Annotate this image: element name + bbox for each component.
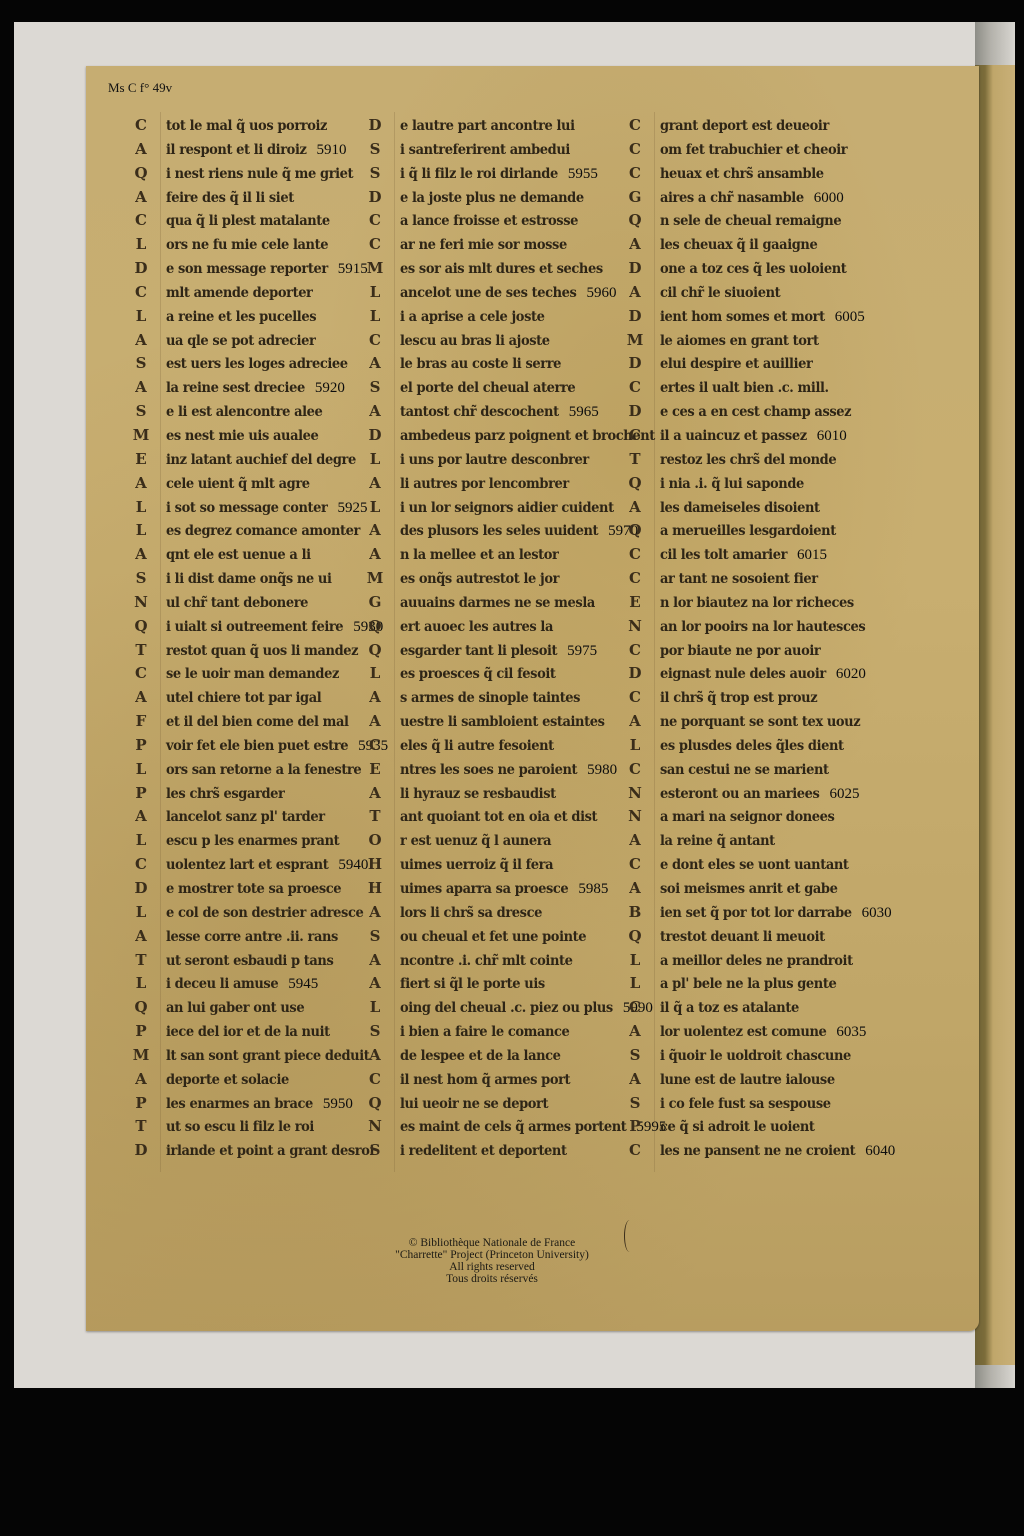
verse-line: Com fet trabuchier et cheoir — [622, 138, 895, 162]
verse-text: lesse corre antre .ii. rans — [154, 925, 338, 950]
verse-text: e la joste plus ne demande — [388, 186, 584, 211]
verse-initial: Q — [362, 639, 388, 663]
verse-line: Li un lor seignors aidier cuident — [362, 496, 666, 520]
verse-initial: C — [362, 209, 388, 233]
verse-line: De ces a en cest champ assez — [622, 400, 895, 424]
verse-initial: C — [622, 162, 648, 186]
verse-line: Ales dameiseles disoient — [622, 496, 895, 520]
verse-line: Alors li chrs̃ sa dresce — [362, 901, 666, 925]
verse-initial: C — [622, 376, 648, 400]
verse-line: Qi nia .i. q̃ lui saponde — [622, 472, 895, 496]
verse-line: Cuolentez lart et esprant5940 — [128, 853, 388, 877]
verse-initial: S — [362, 376, 388, 400]
verse-line: Loing del cheual .c. piez ou plus5990 — [362, 996, 666, 1020]
verse-line: Alancelot sanz pl' tarder — [128, 805, 388, 829]
verse-initial: A — [128, 1068, 154, 1092]
verse-initial: A — [128, 543, 154, 567]
verse-line: Or est uenuz q̃ l aunera — [362, 829, 666, 853]
verse-line: Huimes aparra sa proesce5985 — [362, 877, 666, 901]
verse-line: Autel chiere tot par igal — [128, 686, 388, 710]
verse-line: De mostrer tote sa proesce — [128, 877, 388, 901]
verse-initial: L — [362, 662, 388, 686]
verse-line: Ala reine q̃ antant — [622, 829, 895, 853]
verse-text: ul chr̃ tant debonere — [154, 591, 308, 616]
verse-line: Entres les soes ne paroient5980 — [362, 758, 666, 782]
verse-initial: S — [622, 1044, 648, 1068]
verse-text: es nest mie uis aualee — [154, 424, 318, 449]
credit-line-2: "Charrette" Project (Princeton Universit… — [380, 1249, 604, 1261]
verse-initial: L — [362, 305, 388, 329]
verse-text: la reine q̃ antant — [648, 830, 775, 855]
verse-text: i uns por lautre desconbrer — [388, 448, 589, 473]
verse-initial: P — [128, 1020, 154, 1044]
verse-line: Si santreferirent ambedui — [362, 138, 666, 162]
verse-line: Gauuains darmes ne se mesla — [362, 591, 666, 615]
verse-line: Alor uolentez est comune6035 — [622, 1020, 895, 1044]
verse-initial: A — [622, 281, 648, 305]
verse-initial: L — [362, 448, 388, 472]
verse-initial: N — [622, 805, 648, 829]
line-number: 6015 — [797, 544, 827, 568]
credit-line-3: All rights reserved — [380, 1261, 604, 1273]
verse-text: soi meismes anrit et gabe — [648, 877, 837, 902]
verse-text: cil les tolt amarier — [648, 544, 787, 569]
verse-initial: L — [362, 281, 388, 305]
verse-initial: T — [128, 1115, 154, 1139]
verse-line: An la mellee et an lestor — [362, 543, 666, 567]
verse-line: Sest uers les loges adreciee — [128, 352, 388, 376]
verse-text: e mostrer tote sa proesce — [154, 877, 341, 902]
verse-text: de lespee et de la lance — [388, 1044, 561, 1069]
verse-text: li hyrauz se resbaudist — [388, 782, 556, 807]
folio-label: Ms C f° 49v — [108, 80, 172, 96]
line-number: 6005 — [835, 306, 865, 330]
verse-line: Ali autres por lencombrer — [362, 472, 666, 496]
verse-initial: E — [622, 591, 648, 615]
verse-text: ancelot une de ses teches — [388, 281, 576, 306]
verse-text: ut so escu li filz le roi — [154, 1116, 314, 1141]
verse-text: la reine sest dreciee — [154, 377, 305, 402]
verse-line: Acil chr̃ le siuoient — [622, 281, 895, 305]
verse-text: ert auoec les autres la — [388, 615, 553, 640]
verse-text: n la mellee et an lestor — [388, 544, 559, 569]
verse-initial: C — [128, 114, 154, 138]
verse-initial: G — [622, 186, 648, 210]
verse-line: La pl' bele ne la plus gente — [622, 972, 895, 996]
verse-text: s armes de sinople taintes — [388, 687, 580, 712]
verse-line: Si bien a faire le comance — [362, 1020, 666, 1044]
verse-text: e ces a en cest champ assez — [648, 401, 851, 426]
verse-initial: E — [362, 758, 388, 782]
verse-text: irlande et point a grant desroi — [154, 1140, 374, 1165]
verse-text: cele uient q̃ mlt agre — [154, 472, 310, 497]
verse-initial: A — [622, 710, 648, 734]
verse-line: Ail respont et li diroiz5910 — [128, 138, 388, 162]
verse-text: ar ne feri mie sor mosse — [388, 234, 567, 259]
verse-text: lancelot sanz pl' tarder — [154, 806, 325, 831]
verse-line: Fet il del bien come del mal — [128, 710, 388, 734]
verse-initial: M — [128, 1044, 154, 1068]
verse-line: Cse le uoir man demandez — [128, 662, 388, 686]
verse-text: i uialt si outreement feire — [154, 615, 343, 640]
verse-line: Afeire des q̃ il li siet — [128, 186, 388, 210]
verse-line: Car ne feri mie sor mosse — [362, 233, 666, 257]
verse-line: As armes de sinople taintes — [362, 686, 666, 710]
verse-initial: B — [622, 901, 648, 925]
verse-line: Csan cestui ne se marient — [622, 758, 895, 782]
verse-text: e lautre part ancontre lui — [388, 114, 575, 139]
verse-line: Ane porquant se sont tex uouz — [622, 710, 895, 734]
verse-text: cil chr̃ le siuoient — [648, 281, 780, 306]
verse-line: De lautre part ancontre lui — [362, 114, 666, 138]
verse-line: Cil a uaincuz et passez6010 — [622, 424, 895, 448]
verse-initial: S — [128, 352, 154, 376]
verse-text: li autres por lencombrer — [388, 472, 569, 497]
verse-line: Aua qle se pot adrecier — [128, 329, 388, 353]
verse-initial: L — [128, 305, 154, 329]
verse-line: Lancelot une de ses teches5960 — [362, 281, 666, 305]
line-number: 6000 — [814, 187, 844, 211]
verse-text: esgarder tant li plesoit — [388, 639, 557, 664]
verse-line: Ca lance froisse et estrosse — [362, 209, 666, 233]
verse-text: tantost chr̃ descochent — [388, 401, 559, 426]
verse-text: i nest riens nule q̃ me griet — [154, 162, 353, 187]
verse-initial: S — [362, 925, 388, 949]
verse-text: one a toz ces q̃ les uoloient — [648, 257, 846, 282]
verse-line: Celes q̃ li autre fesoient — [362, 734, 666, 758]
verse-text: eles q̃ li autre fesoient — [388, 734, 554, 759]
verse-text: oing del cheual .c. piez ou plus — [388, 997, 613, 1022]
line-number: 6040 — [865, 1140, 895, 1164]
verse-initial: A — [128, 186, 154, 210]
verse-line: Sou cheual et fet une pointe — [362, 925, 666, 949]
verse-initial: A — [362, 472, 388, 496]
verse-initial: C — [622, 138, 648, 162]
verse-initial: L — [622, 734, 648, 758]
verse-line: Asoi meismes anrit et gabe — [622, 877, 895, 901]
verse-initial: Q — [622, 472, 648, 496]
verse-initial: C — [622, 853, 648, 877]
verse-line: Cil chrs̃ q̃ trop est prouz — [622, 686, 895, 710]
verse-line: Ale bras au coste li serre — [362, 352, 666, 376]
verse-text: escu p les enarmes prant — [154, 830, 339, 855]
verse-initial: T — [128, 949, 154, 973]
verse-line: Trestoz les chrs̃ del monde — [622, 448, 895, 472]
verse-line: De son message reporter5915 — [128, 257, 388, 281]
verse-initial: P — [128, 1092, 154, 1116]
verse-line: Dambedeus parz poignent et brochent — [362, 424, 666, 448]
verse-text: i nia .i. q̃ lui saponde — [648, 472, 804, 497]
verse-initial: T — [362, 805, 388, 829]
verse-text: n lor biautez na lor richeces — [648, 591, 854, 616]
verse-line: Tut seront esbaudi p tans — [128, 949, 388, 973]
verse-initial: Q — [128, 996, 154, 1020]
verse-text: i redelitent et deportent — [388, 1140, 567, 1165]
verse-line: Lescu p les enarmes prant — [128, 829, 388, 853]
verse-initial: A — [362, 686, 388, 710]
verse-initial: A — [362, 901, 388, 925]
verse-initial: C — [622, 567, 648, 591]
verse-line: Ales cheuax q̃ il gaaigne — [622, 233, 895, 257]
line-number: 5950 — [323, 1093, 353, 1117]
verse-initial: S — [362, 138, 388, 162]
verse-initial: C — [362, 734, 388, 758]
verse-text: i li dist dame onq̃s ne ui — [154, 567, 332, 592]
verse-line: Qi uialt si outreement feire5930 — [128, 615, 388, 639]
verse-initial: G — [362, 591, 388, 615]
verse-initial: S — [362, 162, 388, 186]
verse-text: inz latant auchief del degre — [154, 448, 356, 473]
text-column-1: Ctot le mal q̃ uos porroizAil respont et… — [128, 114, 388, 1163]
verse-initial: A — [362, 972, 388, 996]
verse-line: Ancontre .i. chr̃ mlt cointe — [362, 949, 666, 973]
verse-initial: L — [362, 496, 388, 520]
verse-line: Ade lespee et de la lance — [362, 1044, 666, 1068]
verse-text: ien set q̃ por tot lor darrabe — [648, 901, 852, 926]
verse-initial: A — [128, 329, 154, 353]
verse-text: ou cheual et fet une pointe — [388, 925, 586, 950]
verse-text: il nest hom q̃ armes port — [388, 1068, 570, 1093]
verse-text: ua qle se pot adrecier — [154, 329, 315, 354]
verse-text: a lance froisse et estrosse — [388, 210, 578, 235]
verse-line: Qi nest riens nule q̃ me griet — [128, 162, 388, 186]
verse-initial: C — [362, 233, 388, 257]
verse-line: Alesse corre antre .ii. rans — [128, 925, 388, 949]
verse-text: lt san sont grant piece deduit — [154, 1044, 369, 1069]
verse-text: il chrs̃ q̃ trop est prouz — [648, 687, 817, 712]
verse-initial: C — [622, 543, 648, 567]
verse-line: Car tant ne sosoient fier — [622, 567, 895, 591]
verse-line: Se li est alencontre alee — [128, 400, 388, 424]
verse-line: Lors san retorne a la fenestre — [128, 758, 388, 782]
verse-initial: L — [622, 949, 648, 973]
verse-initial: A — [622, 877, 648, 901]
verse-line: Les proesces q̃ cil fesoit — [362, 662, 666, 686]
verse-line: Mes nest mie uis aualee — [128, 424, 388, 448]
verse-text: uestre li sambloient estaintes — [388, 710, 605, 735]
verse-line: Huimes uerroiz q̃ il fera — [362, 853, 666, 877]
verse-initial: C — [622, 1139, 648, 1163]
verse-text: heuax et chrs̃ ansamble — [648, 162, 824, 187]
verse-text: eignast nule deles auoir — [648, 663, 826, 688]
verse-line: Ccil les tolt amarier6015 — [622, 543, 895, 567]
verse-text: e son message reporter — [154, 257, 328, 282]
verse-initial: A — [362, 400, 388, 424]
verse-initial: S — [128, 400, 154, 424]
verse-text: i a aprise a cele joste — [388, 305, 544, 330]
verse-text: ors ne fu mie cele lante — [154, 234, 328, 259]
verse-initial: C — [622, 424, 648, 448]
verse-initial: A — [128, 138, 154, 162]
verse-initial: C — [362, 1068, 388, 1092]
copyright-notice: © Bibliothèque Nationale de France "Char… — [380, 1237, 604, 1285]
verse-initial: Q — [128, 615, 154, 639]
line-number: 5955 — [568, 163, 598, 187]
verse-line: Bien set q̃ por tot lor darrabe6030 — [622, 901, 895, 925]
credit-line-4: Tous droits réservés — [380, 1273, 604, 1285]
verse-initial: L — [128, 519, 154, 543]
verse-initial: T — [622, 448, 648, 472]
verse-initial: Q — [362, 615, 388, 639]
verse-initial: S — [362, 1020, 388, 1044]
verse-text: e li est alencontre alee — [154, 401, 322, 426]
pen-flourish-mark — [624, 1220, 635, 1252]
text-column-2: De lautre part ancontre luiSi santreferi… — [362, 114, 666, 1163]
verse-initial: Q — [128, 162, 154, 186]
verse-text: trestot deuant li meuoit — [648, 925, 825, 950]
verse-line: Li uns por lautre desconbrer — [362, 448, 666, 472]
verse-initial: D — [622, 257, 648, 281]
verse-line: Ala reine sest dreciee5920 — [128, 376, 388, 400]
verse-text: ant quoiant tot en oia et dist — [388, 806, 597, 831]
verse-line: Clescu au bras li ajoste — [362, 329, 666, 353]
verse-text: restoz les chrs̃ del monde — [648, 448, 836, 473]
verse-initial: C — [128, 209, 154, 233]
verse-line: Mlt san sont grant piece deduit — [128, 1044, 388, 1068]
verse-initial: P — [622, 1115, 648, 1139]
verse-initial: A — [128, 925, 154, 949]
verse-text: ambedeus parz poignent et brochent — [388, 424, 655, 449]
verse-line: Mes onq̃s autrestot le jor — [362, 567, 666, 591]
line-number: 5980 — [587, 759, 617, 783]
line-number: 6035 — [836, 1021, 866, 1045]
verse-line: Dirlande et point a grant desroi — [128, 1139, 388, 1163]
verse-initial: N — [622, 615, 648, 639]
verse-text: feire des q̃ il li siet — [154, 186, 294, 211]
verse-text: il a uaincuz et passez — [648, 424, 807, 449]
verse-text: iece del ior et de la nuit — [154, 1020, 330, 1045]
line-number: 5945 — [288, 973, 318, 997]
verse-line: Cles ne pansent ne ne croient6040 — [622, 1139, 895, 1163]
verse-initial: S — [622, 1092, 648, 1116]
verse-line: Cpor biaute ne por auoir — [622, 639, 895, 663]
verse-text: est uers les loges adreciee — [154, 353, 348, 378]
verse-text: an lor pooirs na lor hautesces — [648, 615, 865, 640]
verse-initial: A — [622, 829, 648, 853]
verse-text: n sele de cheual remaigne — [648, 210, 841, 235]
verse-initial: M — [362, 257, 388, 281]
verse-initial: C — [128, 281, 154, 305]
verse-text: es sor ais mlt dures et seches — [388, 257, 603, 282]
verse-line: Na mari na seignor donees — [622, 805, 895, 829]
verse-line: Si li dist dame onq̃s ne ui — [128, 567, 388, 591]
verse-initial: L — [128, 901, 154, 925]
verse-text: e col de son destrier adresce — [154, 901, 363, 926]
verse-initial: L — [622, 972, 648, 996]
verse-line: Piece del ior et de la nuit — [128, 1020, 388, 1044]
verse-line: Deignast nule deles auoir6020 — [622, 662, 895, 686]
verse-text: i q̃ li filz le roi dirlande — [388, 162, 558, 187]
verse-text: i sot so message conter — [154, 496, 327, 521]
verse-line: Li a aprise a cele joste — [362, 305, 666, 329]
verse-line: Cil q̃ a toz es atalante — [622, 996, 895, 1020]
verse-initial: N — [622, 782, 648, 806]
verse-line: Qa merueilles lesgardoient — [622, 519, 895, 543]
verse-text: ors san retorne a la fenestre — [154, 758, 361, 783]
verse-initial: P — [128, 782, 154, 806]
verse-text: deporte et solacie — [154, 1068, 289, 1093]
verse-initial: A — [362, 1044, 388, 1068]
verse-text: por biaute ne por auoir — [648, 639, 820, 664]
verse-line: Acele uient q̃ mlt agre — [128, 472, 388, 496]
verse-initial: E — [128, 448, 154, 472]
verse-line: Nes maint de cels q̃ armes portent5995 — [362, 1115, 666, 1139]
verse-text: il q̃ a toz es atalante — [648, 997, 799, 1022]
verse-line: Cil nest hom q̃ armes port — [362, 1068, 666, 1092]
line-number: 6025 — [829, 783, 859, 807]
verse-line: Ples chrs̃ esgarder — [128, 782, 388, 806]
verse-initial: A — [362, 543, 388, 567]
verse-line: Nul chr̃ tant debonere — [128, 591, 388, 615]
line-number: 6010 — [817, 425, 847, 449]
verse-line: Le col de son destrier adresce — [128, 901, 388, 925]
verse-line: Qert auoec les autres la — [362, 615, 666, 639]
verse-initial: L — [128, 758, 154, 782]
verse-initial: Q — [622, 519, 648, 543]
verse-line: Lors ne fu mie cele lante — [128, 233, 388, 257]
verse-initial: D — [128, 877, 154, 901]
line-number: 6020 — [836, 663, 866, 687]
verse-text: restot quan q̃ uos li mandez — [154, 639, 358, 664]
verse-text: i co fele fust sa sespouse — [648, 1092, 831, 1117]
verse-text: les ne pansent ne ne croient — [648, 1140, 855, 1165]
verse-line: Nan lor pooirs na lor hautesces — [622, 615, 895, 639]
verse-initial: A — [362, 782, 388, 806]
verse-text: es plusdes deles q̃les dient — [648, 734, 844, 759]
verse-line: Tant quoiant tot en oia et dist — [362, 805, 666, 829]
verse-text: e dont eles se uont uantant — [648, 854, 849, 879]
verse-initial: A — [622, 1020, 648, 1044]
verse-line: Ce dont eles se uont uantant — [622, 853, 895, 877]
verse-text: les dameiseles disoient — [648, 496, 820, 521]
verse-text: auuains darmes ne se mesla — [388, 591, 595, 616]
verse-text: lor uolentez est comune — [648, 1020, 826, 1045]
verse-text: ut seront esbaudi p tans — [154, 949, 333, 974]
verse-text: i deceu li amuse — [154, 973, 278, 998]
line-number: 5910 — [316, 139, 346, 163]
verse-line: Pvoir fet ele bien puet estre5935 — [128, 734, 388, 758]
verse-initial: A — [128, 472, 154, 496]
verse-initial: D — [128, 257, 154, 281]
verse-initial: H — [362, 877, 388, 901]
verse-initial: C — [622, 996, 648, 1020]
verse-text: le aiomes en grant tort — [648, 329, 819, 354]
verse-text: om fet trabuchier et cheoir — [648, 138, 847, 163]
verse-text: ient hom somes et mort — [648, 305, 825, 330]
verse-line: Si redelitent et deportent — [362, 1139, 666, 1163]
verse-initial: D — [362, 114, 388, 138]
verse-initial: D — [622, 305, 648, 329]
verse-initial: L — [128, 233, 154, 257]
verse-text: es maint de cels q̃ armes portent — [388, 1116, 626, 1141]
verse-text: uimes uerroiz q̃ il fera — [388, 854, 553, 879]
verse-text: fiert si q̃l le porte uis — [388, 973, 545, 998]
verse-line: Certes il ualt bien .c. mill. — [622, 376, 895, 400]
verse-initial: Q — [622, 209, 648, 233]
verse-initial: C — [622, 639, 648, 663]
verse-line: Cheuax et chrs̃ ansamble — [622, 162, 895, 186]
verse-initial: D — [622, 662, 648, 686]
verse-initial: A — [128, 376, 154, 400]
verse-line: Ctot le mal q̃ uos porroiz — [128, 114, 388, 138]
line-number: 6030 — [862, 902, 892, 926]
verse-text: utel chiere tot par igal — [154, 687, 321, 712]
line-number: 5920 — [315, 377, 345, 401]
verse-text: ertes il ualt bien .c. mill. — [648, 377, 829, 402]
verse-initial: A — [362, 352, 388, 376]
line-number: 5985 — [578, 878, 608, 902]
verse-text: ne porquant se sont tex uouz — [648, 710, 860, 735]
